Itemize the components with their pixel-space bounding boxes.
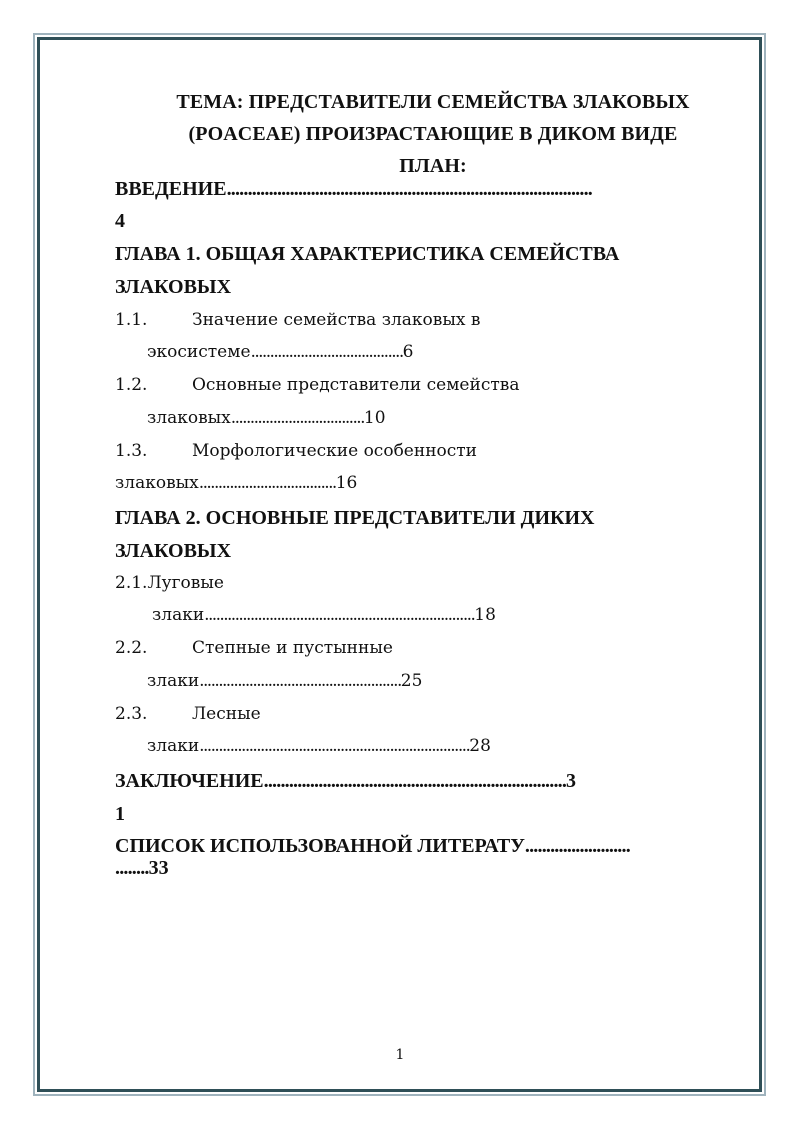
document-title-line-1: ТЕМА: ПРЕДСТАВИТЕЛИ СЕМЕЙСТВА ЗЛАКОВЫХ xyxy=(0,92,800,112)
toc-item-1-1[interactable]: 1.1.Значение семейства злаковых в xyxy=(115,312,480,329)
toc-leader: ........................................… xyxy=(199,671,401,691)
toc-item-page: 6 xyxy=(403,342,414,362)
toc-item-number: 2.1. xyxy=(115,573,147,593)
toc-entry-references[interactable]: СПИСОК ИСПОЛЬЗОВАННОЙ ЛИТЕРАТУ..........… xyxy=(115,836,630,856)
toc-item-1-2-cont: злаковых................................… xyxy=(147,410,386,427)
toc-item-number: 1.1. xyxy=(115,312,192,329)
toc-item-cont: злаковых xyxy=(115,473,199,493)
toc-leader: ........................................ xyxy=(251,342,403,362)
toc-entry-conclusion[interactable]: ЗАКЛЮЧЕНИЕ..............................… xyxy=(115,771,576,791)
toc-item-title: Морфологические особенности xyxy=(192,441,477,461)
toc-chapter-2-line-2: ЗЛАКОВЫХ xyxy=(115,541,231,561)
toc-item-2-1[interactable]: 2.1.Луговые xyxy=(115,575,224,592)
plan-heading: ПЛАН: xyxy=(0,156,800,176)
toc-item-page: 16 xyxy=(336,473,358,493)
toc-item-number: 2.2. xyxy=(115,640,192,657)
toc-chapter-2-line-1[interactable]: ГЛАВА 2. ОСНОВНЫЕ ПРЕДСТАВИТЕЛИ ДИКИХ xyxy=(115,508,595,528)
page-number: 1 xyxy=(0,1048,800,1062)
toc-item-title: Луговые xyxy=(147,573,224,593)
toc-item-2-2-cont: злаки...................................… xyxy=(147,673,422,690)
toc-entry-page: 3 xyxy=(566,770,576,792)
toc-leader: .................................... xyxy=(199,473,336,493)
toc-item-page: 10 xyxy=(364,408,386,428)
toc-item-1-1-cont: экосистеме..............................… xyxy=(147,344,414,361)
toc-entry-references-page: ........33 xyxy=(115,858,169,878)
toc-leader: ........................................… xyxy=(227,178,592,200)
toc-item-2-3[interactable]: 2.3.Лесные xyxy=(115,706,261,723)
toc-item-number: 1.2. xyxy=(115,377,192,394)
toc-item-title: Основные представители семейства xyxy=(192,375,519,395)
toc-entry-page: 33 xyxy=(149,857,169,879)
toc-leader: ........ xyxy=(115,857,149,879)
toc-item-title: Значение семейства злаковых в xyxy=(192,310,480,330)
toc-item-number: 1.3. xyxy=(115,443,192,460)
toc-item-1-3[interactable]: 1.3.Морфологические особенности xyxy=(115,443,477,460)
toc-item-1-3-cont: злаковых................................… xyxy=(115,475,357,492)
toc-item-number: 2.3. xyxy=(115,706,192,723)
toc-leader: ........................................… xyxy=(199,736,469,756)
toc-item-cont: злаки xyxy=(147,736,199,756)
toc-item-2-2[interactable]: 2.2.Степные и пустынные xyxy=(115,640,393,657)
toc-item-title: Лесные xyxy=(192,704,261,724)
toc-item-2-3-cont: злаки...................................… xyxy=(147,738,491,755)
toc-leader: ........................................… xyxy=(264,770,566,792)
toc-entry-label: СПИСОК ИСПОЛЬЗОВАННОЙ ЛИТЕРАТУ xyxy=(115,835,525,857)
toc-item-cont: злаки xyxy=(152,605,204,625)
toc-entry-conclusion-page: 1 xyxy=(115,804,125,824)
toc-item-cont: злаковых xyxy=(147,408,231,428)
toc-entry-label: ЗАКЛЮЧЕНИЕ xyxy=(115,770,264,792)
toc-entry-intro[interactable]: ВВЕДЕНИЕ................................… xyxy=(115,179,592,199)
toc-item-cont: злаки xyxy=(147,671,199,691)
toc-entry-intro-page: 4 xyxy=(115,211,125,231)
document-title-line-2: (POACEAE) ПРОИЗРАСТАЮЩИЕ В ДИКОМ ВИДЕ xyxy=(0,124,800,144)
toc-item-page: 25 xyxy=(401,671,423,691)
toc-item-page: 28 xyxy=(469,736,491,756)
toc-item-page: 18 xyxy=(474,605,496,625)
toc-leader: ........................................… xyxy=(204,605,474,625)
toc-item-cont: экосистеме xyxy=(147,342,251,362)
toc-entry-label: ВВЕДЕНИЕ xyxy=(115,178,227,200)
toc-item-1-2[interactable]: 1.2.Основные представители семейства xyxy=(115,377,519,394)
toc-leader: ......................... xyxy=(525,835,630,857)
toc-chapter-1-line-1[interactable]: ГЛАВА 1. ОБЩАЯ ХАРАКТЕРИСТИКА СЕМЕЙСТВА xyxy=(115,244,619,264)
toc-chapter-1-line-2: ЗЛАКОВЫХ xyxy=(115,277,231,297)
toc-item-2-1-cont: злаки...................................… xyxy=(152,607,496,624)
toc-item-title: Степные и пустынные xyxy=(192,638,393,658)
toc-leader: ................................... xyxy=(231,408,364,428)
